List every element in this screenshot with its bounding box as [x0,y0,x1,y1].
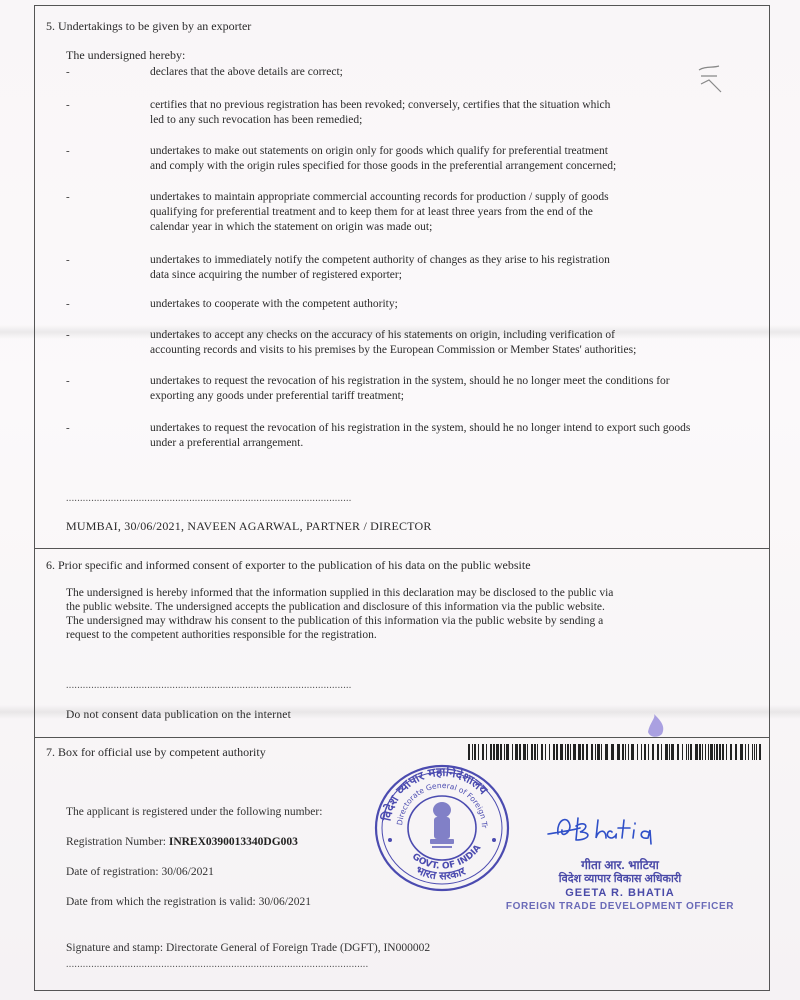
undertaking-text: undertakes to request the revocation of … [150,421,770,451]
signature-stamp-field: Signature and stamp: Directorate General… [66,942,430,954]
consent-choice: Do not consent data publication on the i… [66,709,291,721]
registration-number-value: INREX0390013340DG003 [169,836,298,848]
bullet-dash-icon: - [66,253,76,268]
undertaking-text: undertakes to immediately notify the com… [150,253,770,283]
officer-signature [540,808,700,848]
undertaking-text: undertakes to make out statements on ori… [150,144,770,174]
bullet-dash-icon: - [66,374,76,389]
official-dotted-line: ........................................… [66,959,368,970]
undertaking-text: undertakes to accept any checks on the a… [150,328,770,358]
bullet-dash-icon: - [66,328,76,343]
bullet-dash-icon: - [66,297,76,312]
section-undertakings: 5. Undertakings to be given by an export… [34,5,770,548]
valid-from-value: 30/06/2021 [259,896,311,908]
bullet-dash-icon: - [66,98,76,113]
officer-name: GEETA R. BHATIA [490,886,750,900]
registered-statement: The applicant is registered under the fo… [66,806,322,818]
bullet-dash-icon: - [66,65,76,80]
officer-title-hindi: विदेश व्यापार विकास अधिकारी [490,872,750,886]
bullet-dash-icon: - [66,144,76,159]
section-7-heading: 7. Box for official use by competent aut… [46,745,266,760]
consent-dotted-line: ........................................… [66,680,352,691]
officer-title: FOREIGN TRADE DEVELOPMENT OFFICER [490,900,750,914]
date-of-registration-value: 30/06/2021 [161,866,213,878]
exporter-signatory: MUMBAI, 30/06/2021, NAVEEN AGARWAL, PART… [66,519,432,534]
section-consent: 6. Prior specific and informed consent o… [34,549,770,737]
undertakings-intro: The undersigned hereby: [66,48,185,63]
undertaking-text: declares that the above details are corr… [150,65,770,80]
section-5-heading: 5. Undertakings to be given by an export… [46,19,251,34]
signature-stamp-value: Directorate General of Foreign Trade (DG… [166,942,430,954]
signature-dotted-line: ........................................… [66,493,352,504]
bullet-dash-icon: - [66,421,76,436]
registration-number-field: Registration Number: INREX0390013340DG00… [66,836,298,848]
section-6-heading: 6. Prior specific and informed consent o… [46,558,531,573]
undertaking-text: certifies that no previous registration … [150,98,770,128]
national-emblem-icon [430,802,454,848]
pencil-mark-icon [695,60,725,100]
ink-smudge-icon [640,712,670,738]
undertaking-text: undertakes to maintain appropriate comme… [150,190,770,235]
officer-name-hindi: गीता आर. भाटिया [490,858,750,872]
officer-designation-stamp: गीता आर. भाटिया विदेश व्यापार विकास अधिक… [490,858,750,914]
undertaking-text: undertakes to cooperate with the compete… [150,297,770,312]
consent-paragraph: The undersigned is hereby informed that … [66,586,706,642]
undertaking-text: undertakes to request the revocation of … [150,374,770,404]
bullet-dash-icon: - [66,190,76,205]
barcode-icon [468,744,763,760]
date-of-registration-field: Date of registration: 30/06/2021 [66,866,214,878]
valid-from-field: Date from which the registration is vali… [66,896,311,908]
